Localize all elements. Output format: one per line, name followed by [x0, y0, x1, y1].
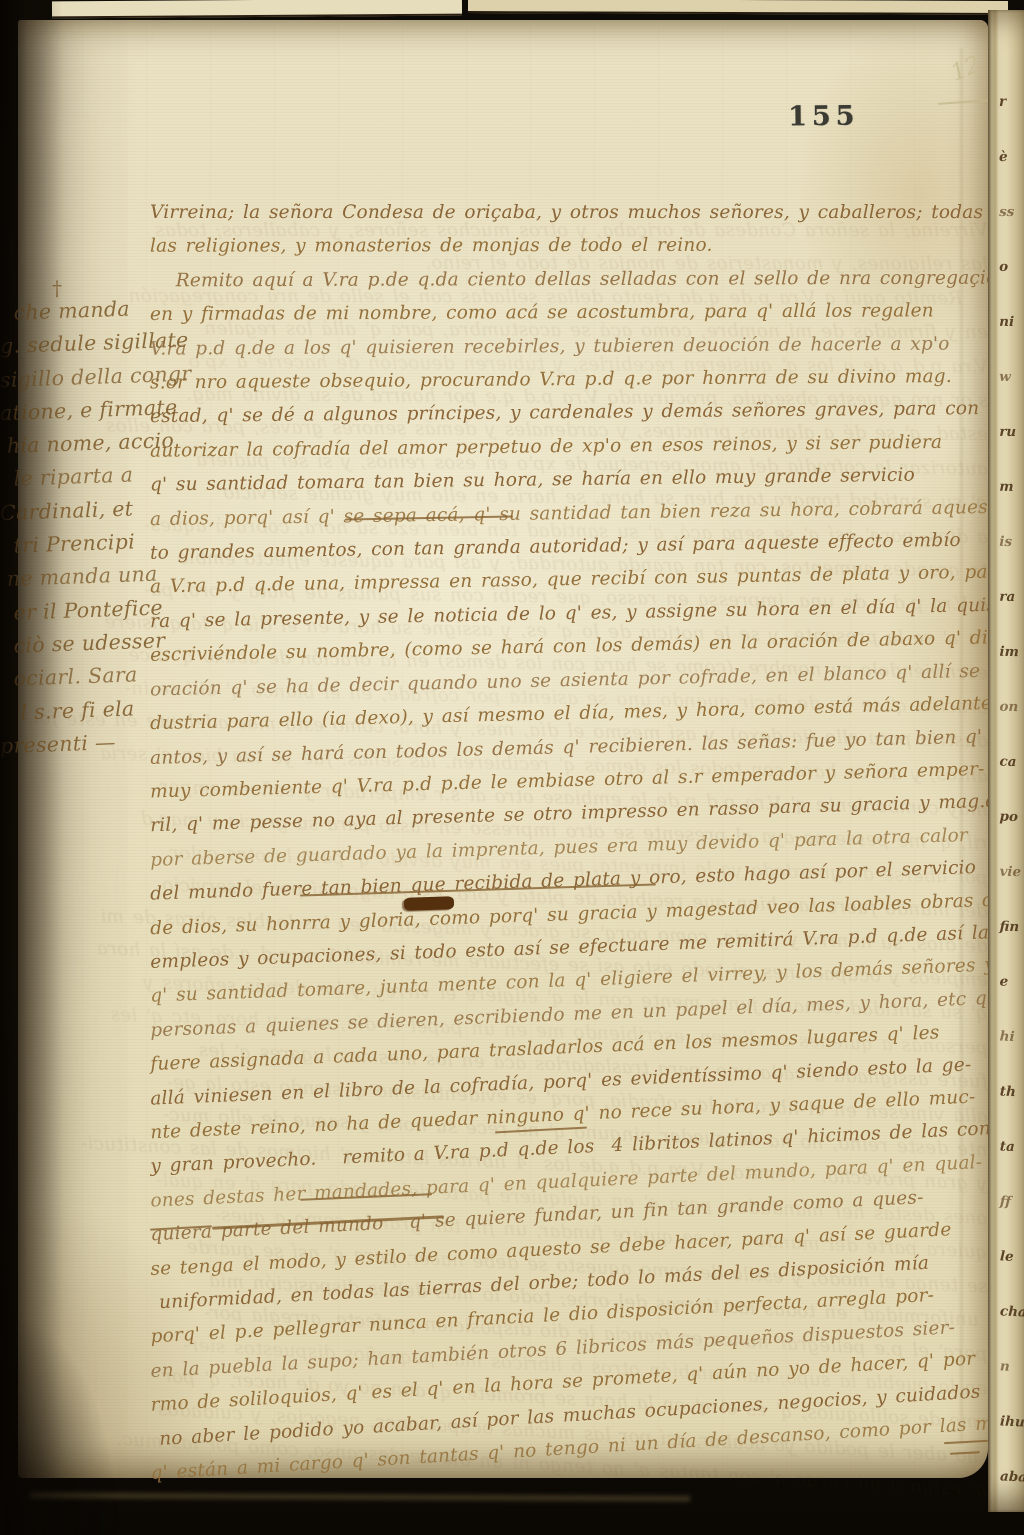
edge-text-fragment: cha — [998, 1303, 1024, 1359]
margin-notes: che mandag. sedule sigillatesigillo dell… — [0, 294, 178, 760]
edge-text-fragment: aban — [998, 1468, 1024, 1512]
edge-text-fragment: e — [998, 974, 1024, 1030]
edge-text-fragment: ca — [998, 754, 1024, 810]
edge-text-fragment: on — [998, 699, 1024, 755]
edge-text-fragment: hi — [998, 1029, 1024, 1085]
stamp-page-number: 155 — [788, 101, 860, 133]
manuscript-scan: Virreina; la señora Condesa de oriçaba, … — [0, 0, 1024, 1535]
edge-text-fragment: vie — [998, 864, 1024, 920]
edge-text-fragment: is — [999, 534, 1024, 589]
edge-text-fragment: ihu — [998, 1413, 1024, 1469]
edge-text-fragment: r — [999, 94, 1024, 149]
edge-text-fragment: ss — [999, 204, 1024, 259]
adjacent-page-edge: rèssoniwrumisraimoncapoviefinehithtaffle… — [988, 10, 1024, 1512]
edge-text-fragment: fin — [998, 919, 1024, 975]
edge-text-fragment: ta — [998, 1138, 1024, 1194]
margin-note-line: presenti — — [0, 724, 179, 763]
text-line: Remito aquí a V.ra p.de q.da ciento dell… — [150, 261, 996, 297]
ink-blot — [404, 896, 454, 911]
margin-note-line: ociarl. Sara — [0, 657, 179, 696]
edge-text-fragment: è — [999, 149, 1024, 204]
edge-text-fragment: n — [998, 1358, 1024, 1414]
text-line: Virreina; la señora Condesa de oriçaba, … — [150, 196, 996, 229]
edge-text-fragment: m — [999, 479, 1024, 534]
body-text: Virreina; la señora Condesa de oriçaba, … — [150, 196, 996, 1465]
text-line: en y firmadas de mi nombre, como acá se … — [150, 294, 996, 331]
edge-text-fragment: ra — [998, 589, 1024, 644]
edge-text-fragment: ru — [999, 424, 1024, 479]
page-stack-edge — [30, 1492, 690, 1501]
edge-text-fragment: w — [999, 369, 1024, 424]
text-line: las religiones, y monasterios de monjas … — [150, 229, 996, 264]
edge-text-fragment: im — [998, 644, 1024, 700]
edge-text-fragment: le — [998, 1248, 1024, 1304]
edge-text-fragment: ni — [999, 314, 1024, 369]
edge-text-fragment: po — [998, 809, 1024, 865]
edge-text-fragments: rèssoniwrumisraimoncapoviefinehithtaffle… — [999, 94, 1024, 1512]
edge-text-fragment: th — [998, 1084, 1024, 1140]
edge-text-fragment: o — [999, 259, 1024, 314]
edge-text-fragment: ff — [998, 1193, 1024, 1249]
page-edge-fragment — [52, 0, 462, 18]
page-edge-fragment — [468, 0, 1008, 15]
